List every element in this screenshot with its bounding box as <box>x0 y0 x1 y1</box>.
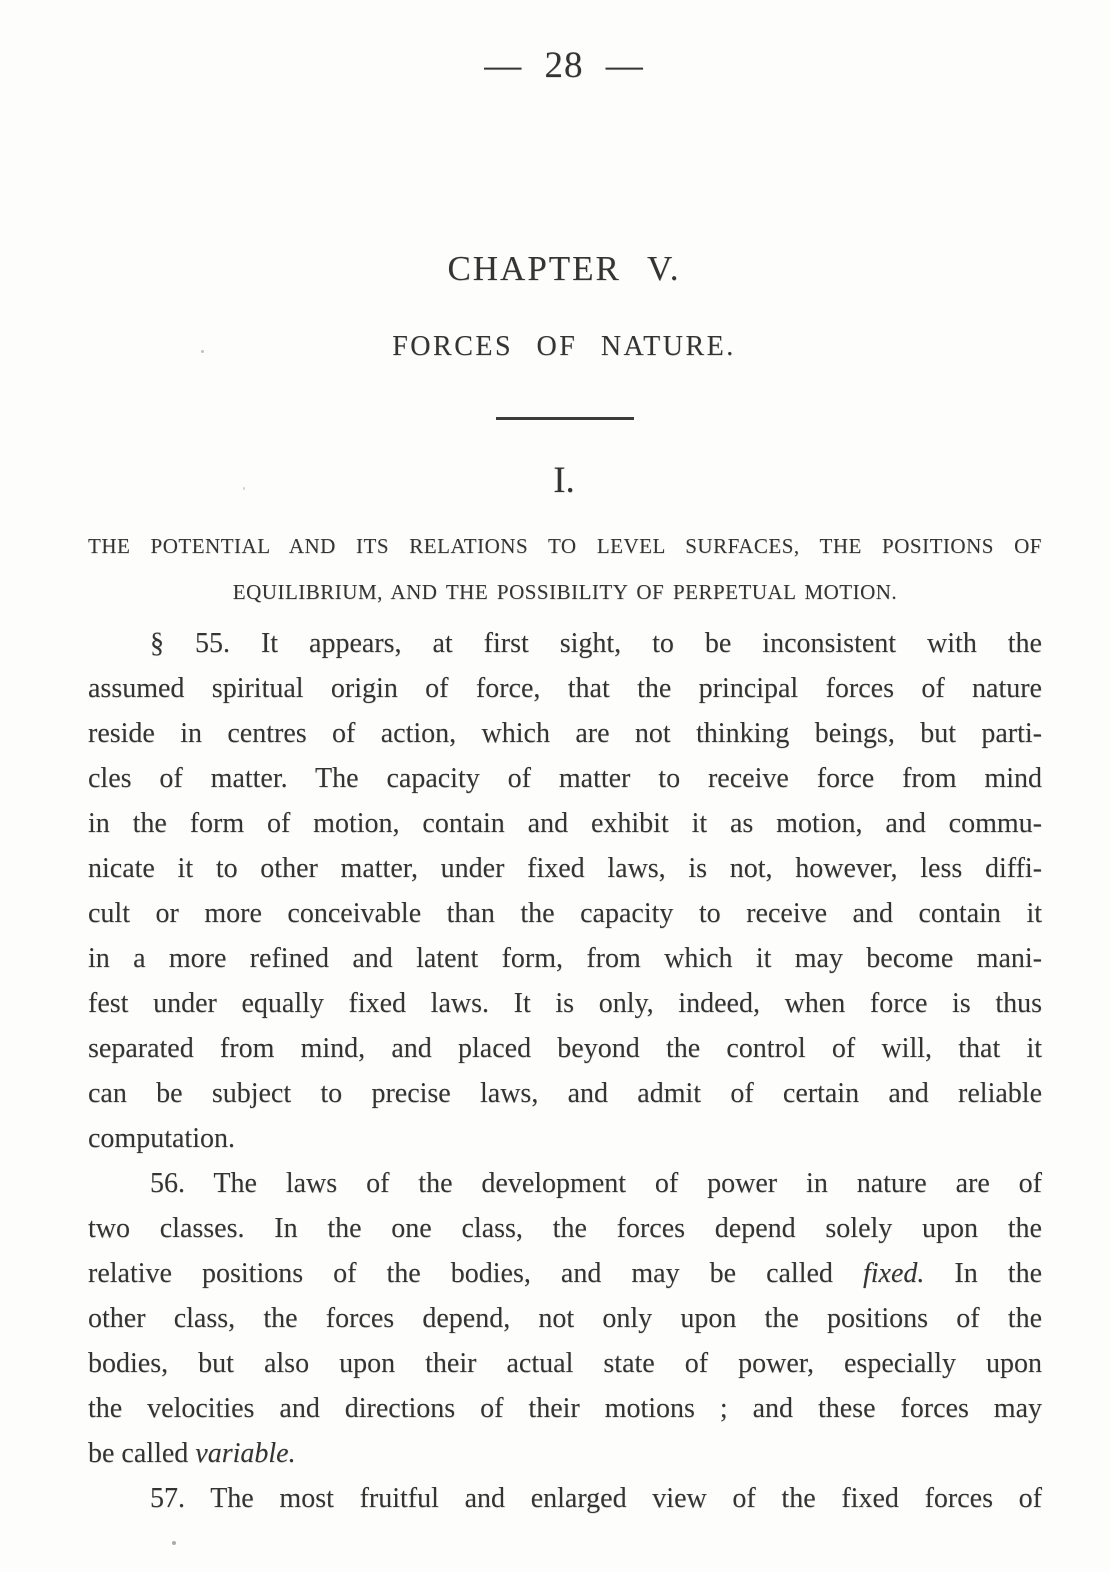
section-number: I. <box>85 459 1043 502</box>
text-line: in the form of motion, contain and exhib… <box>88 801 1042 846</box>
scan-speck <box>172 1541 176 1545</box>
scan-speck <box>201 350 204 353</box>
text-line: nicate it to other matter, under fixed l… <box>88 846 1042 891</box>
text-line: relative positions of the bodies, and ma… <box>88 1251 1042 1296</box>
text-line: computation. <box>88 1116 1042 1161</box>
chapter-subtitle: FORCES OF NATURE. <box>85 331 1043 363</box>
text-line: assumed spiritual origin of force, that … <box>88 666 1042 711</box>
page-number: — 28 — <box>85 44 1043 87</box>
body-text: § 55. It appears, at first sight, to be … <box>88 621 1042 1521</box>
text-line: § 55. It appears, at first sight, to be … <box>88 621 1042 666</box>
text-line: other class, the forces depend, not only… <box>88 1296 1042 1341</box>
text-line: two classes. In the one class, the force… <box>88 1206 1042 1251</box>
text-line: cles of matter. The capacity of matter t… <box>88 756 1042 801</box>
text-line: in a more refined and latent form, from … <box>88 936 1042 981</box>
chapter-heading: CHAPTER V. <box>85 249 1043 289</box>
book-page: — 28 — CHAPTER V. FORCES OF NATURE. I. T… <box>0 0 1110 1572</box>
text-line: 56. The laws of the development of power… <box>88 1161 1042 1206</box>
text-line: cult or more conceivable than the capaci… <box>88 891 1042 936</box>
text-line: can be subject to precise laws, and admi… <box>88 1071 1042 1116</box>
text-line: reside in centres of action, which are n… <box>88 711 1042 756</box>
section-heading: THE POTENTIAL AND ITS RELATIONS TO LEVEL… <box>88 523 1042 615</box>
text-line: bodies, but also upon their actual state… <box>88 1341 1042 1386</box>
divider-rule <box>496 417 634 420</box>
section-heading-line: EQUILIBRIUM, AND THE POSSIBILITY OF PERP… <box>88 569 1042 615</box>
text-line: fest under equally fixed laws. It is onl… <box>88 981 1042 1026</box>
text-line: be called variable. <box>88 1431 1042 1476</box>
scan-speck <box>243 487 245 490</box>
text-line: separated from mind, and placed beyond t… <box>88 1026 1042 1071</box>
text-line: 57. The most fruitful and enlarged view … <box>88 1476 1042 1521</box>
section-heading-line: THE POTENTIAL AND ITS RELATIONS TO LEVEL… <box>88 523 1042 569</box>
text-line: the velocities and directions of their m… <box>88 1386 1042 1431</box>
